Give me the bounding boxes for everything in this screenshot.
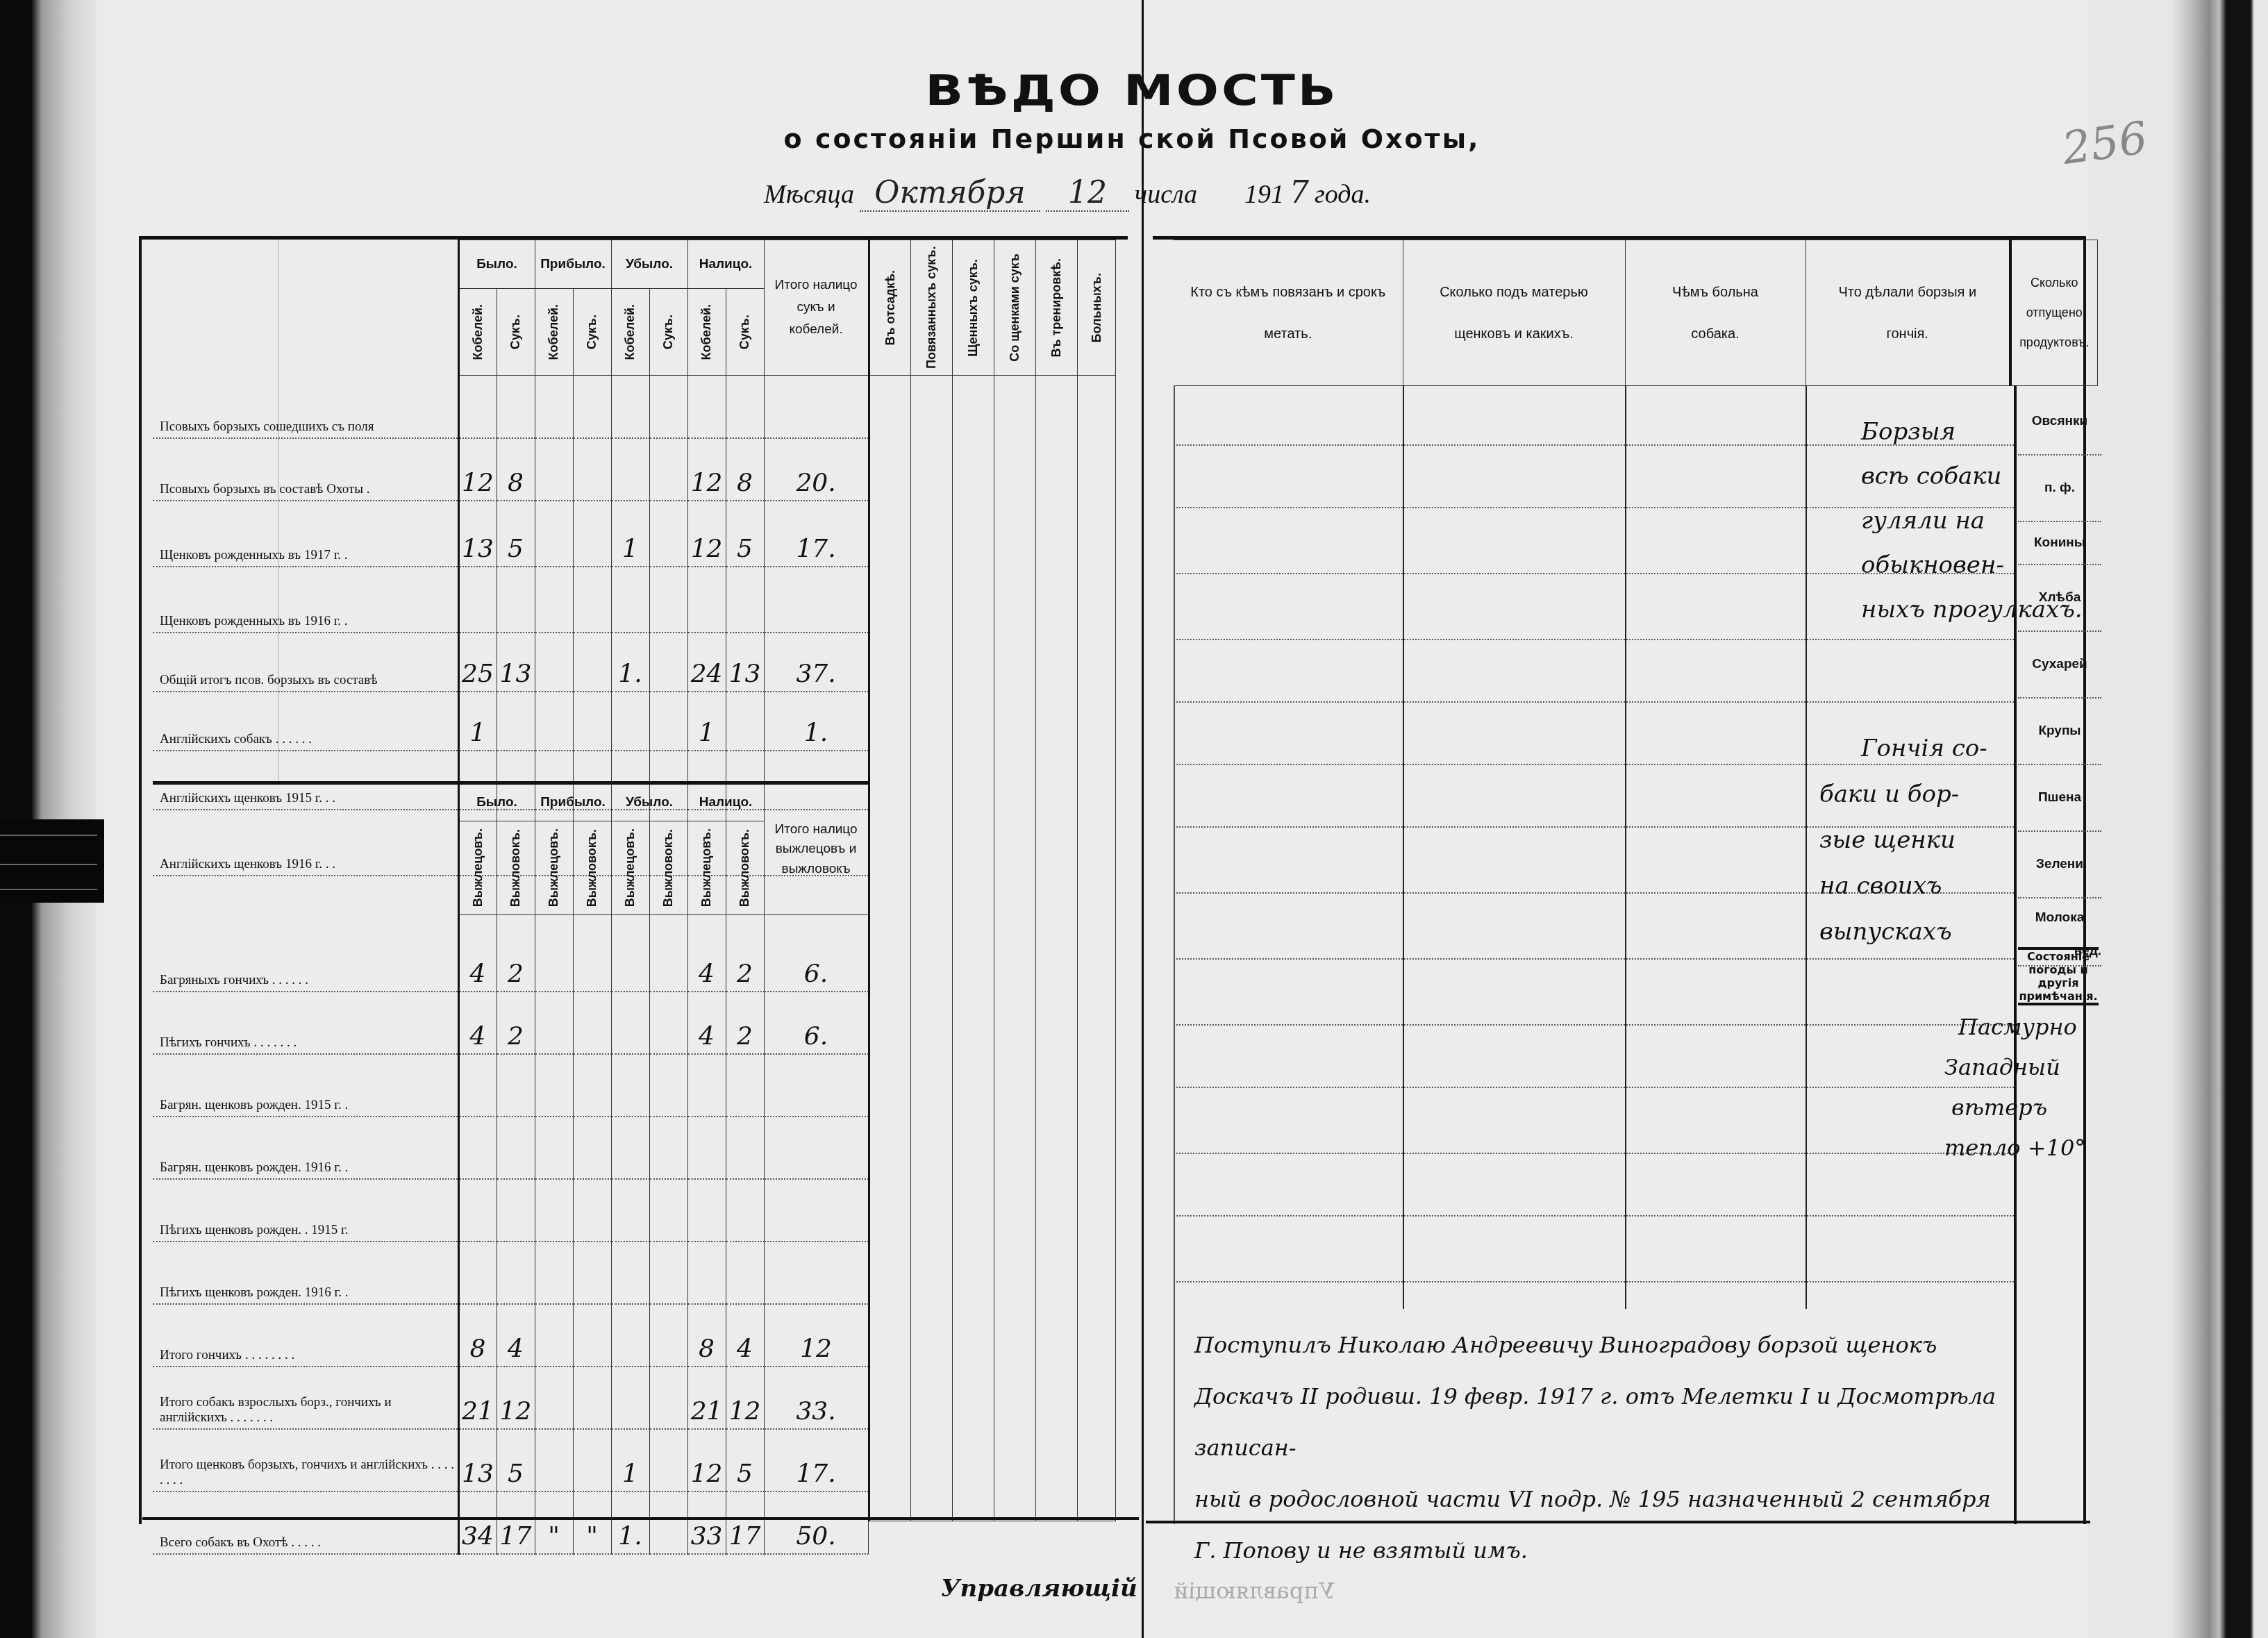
count-cell	[535, 1179, 573, 1242]
count-cell: 4	[497, 1304, 535, 1367]
count-cell: 13	[458, 501, 497, 567]
count-cell: 21	[687, 1367, 726, 1429]
count-cell	[726, 567, 764, 633]
row-label: Багрян. щенковъ рожден. 1915 г. .	[153, 1054, 458, 1117]
book-binding-right	[2087, 0, 2268, 1638]
count-cell	[611, 992, 649, 1054]
count-cell: 12	[687, 501, 726, 567]
header-skolko-pod-materyu: Сколько подъ матерью щенковъ и какихъ.	[1403, 240, 1625, 386]
product-moloka: Молока	[2018, 899, 2101, 937]
row-label: Багряныхъ гончихъ . . . . . .	[153, 915, 458, 992]
subheader: Кобелей.	[547, 304, 561, 360]
subheader: Сукъ.	[508, 315, 523, 349]
header-v-otsadke: Въ отсадкѣ.	[883, 270, 898, 346]
header-ubylo: Убыло.	[611, 240, 687, 289]
row-label: Щенковъ рожденныхъ въ 1916 г. .	[153, 567, 458, 633]
total-cell: 37.	[764, 633, 868, 692]
count-cell	[535, 992, 573, 1054]
count-cell	[649, 1054, 687, 1117]
ruled-line	[1174, 1153, 2014, 1154]
header-povyazannykh: Повязанныхъ сукъ.	[924, 245, 939, 370]
count-cell	[611, 567, 649, 633]
total-cell: 1.	[764, 692, 868, 751]
day-label: числа	[1135, 179, 1197, 210]
table-row: Багрян. щенковъ рожден. 1916 г. .	[153, 1117, 868, 1179]
header-so-shchenkami: Со щенками сукъ	[1008, 253, 1022, 362]
row-label: Общій итогъ псов. борзыхъ въ составѣ	[153, 633, 458, 692]
page-gutter	[1142, 0, 1144, 1638]
count-cell	[458, 567, 497, 633]
count-cell: 1	[687, 692, 726, 751]
count-cell	[535, 376, 573, 438]
count-cell	[458, 1242, 497, 1304]
count-cell	[726, 692, 764, 751]
count-cell: 34	[458, 1491, 497, 1554]
count-cell	[649, 992, 687, 1054]
row-label: Англійскихъ собакъ . . . . . .	[153, 692, 458, 751]
subheader: Выжловокъ.	[737, 829, 752, 907]
product-zeleni: Зелени	[2018, 832, 2101, 899]
count-cell	[649, 692, 687, 751]
row-label-header-blank	[153, 783, 458, 915]
count-cell	[573, 1367, 611, 1429]
subheader: Кобелей.	[471, 304, 485, 360]
count-cell	[497, 1054, 535, 1117]
count-cell	[649, 1304, 687, 1367]
product-khleba: Хлѣба	[2018, 565, 2101, 632]
count-cell	[573, 1429, 611, 1491]
header-bylo: Было.	[458, 240, 535, 289]
count-cell: 13	[726, 633, 764, 692]
ruled-line	[1174, 639, 2014, 640]
count-cell: 8	[497, 438, 535, 501]
count-cell: 8	[726, 438, 764, 501]
total-cell: 50.	[764, 1491, 868, 1554]
subheader: Сукъ.	[585, 315, 599, 349]
count-cell	[573, 633, 611, 692]
column-divider	[1174, 385, 1175, 1524]
count-cell	[611, 915, 649, 992]
year-prefix: 191	[1244, 179, 1284, 210]
count-cell	[649, 376, 687, 438]
row-label: Псовыхъ борзыхъ сошедшихъ съ поля	[153, 376, 458, 438]
col-shchennykh	[953, 376, 994, 1521]
header-kto-s-kem: Кто съ кѣмъ повязанъ и срокъ метать.	[1174, 240, 1403, 386]
count-cell: 1	[611, 501, 649, 567]
row-label: Псовыхъ борзыхъ въ составѣ Охоты .	[153, 438, 458, 501]
activity-note-hounds: Гончія со- баки и бор- зые щенки на свои…	[1819, 726, 1987, 955]
hound-table: Было. Прибыло. Убыло. Налицо. Итого нали…	[153, 781, 869, 1555]
total-cell: 6.	[764, 915, 868, 992]
subheader: Выжлецовъ.	[699, 828, 714, 907]
month-value: Октября	[860, 175, 1040, 212]
count-cell: 5	[726, 501, 764, 567]
subheader: Кобелей.	[699, 304, 714, 360]
count-cell	[611, 1054, 649, 1117]
total-cell: 20.	[764, 438, 868, 501]
bottom-border-right	[1146, 1521, 2090, 1523]
table-row: Псовыхъ борзыхъ въ составѣ Охоты .128128…	[153, 438, 868, 501]
table-row: Щенковъ рожденныхъ въ 1917 г. .135112517…	[153, 501, 868, 567]
count-cell	[497, 1179, 535, 1242]
bottom-note: Поступилъ Николаю Андреевичу Виноградову…	[1194, 1319, 2083, 1576]
count-cell	[573, 1242, 611, 1304]
count-cell	[573, 915, 611, 992]
count-cell	[611, 1179, 649, 1242]
table-row: Всего собакъ въ Охотѣ . . . . .3417""1.3…	[153, 1491, 868, 1554]
col-bolnykh	[1078, 376, 1116, 1521]
total-cell: 6.	[764, 992, 868, 1054]
col-so-shchenkami	[994, 376, 1036, 1521]
header-nalitso: Налицо.	[687, 783, 764, 821]
table-row: Итого щенковъ борзыхъ, гончихъ и англійс…	[153, 1429, 868, 1491]
count-cell	[649, 1429, 687, 1491]
table-row: Псовыхъ борзыхъ сошедшихъ съ поля	[153, 376, 868, 438]
column-divider	[1403, 385, 1404, 1309]
count-cell	[649, 633, 687, 692]
header-nalitso: Налицо.	[687, 240, 764, 289]
total-cell	[764, 1117, 868, 1179]
count-cell	[535, 915, 573, 992]
count-cell	[458, 1117, 497, 1179]
count-cell: 2	[497, 915, 535, 992]
total-cell	[764, 1242, 868, 1304]
count-cell	[649, 438, 687, 501]
count-cell	[687, 1117, 726, 1179]
total-cell: 12	[764, 1304, 868, 1367]
row-label: Багрян. щенковъ рожден. 1916 г. .	[153, 1117, 458, 1179]
count-cell	[573, 376, 611, 438]
subheader: Выжловокъ.	[661, 829, 676, 907]
count-cell	[649, 1367, 687, 1429]
header-shchennykh: Щенныхъ сукъ.	[966, 259, 981, 357]
subheader: Выжловокъ.	[508, 829, 523, 907]
count-cell	[458, 1054, 497, 1117]
count-cell	[611, 1367, 649, 1429]
document-subtitle: о состояніи Першин ской Псовой Охоты,	[583, 124, 1681, 154]
count-cell	[535, 1367, 573, 1429]
total-cell: 17.	[764, 501, 868, 567]
total-cell: 17.	[764, 1429, 868, 1491]
ruled-line	[1174, 1281, 2014, 1282]
table-row: Итого гончихъ . . . . . . . .848412	[153, 1304, 868, 1367]
count-cell	[611, 692, 649, 751]
count-cell	[573, 438, 611, 501]
count-cell: 12	[687, 438, 726, 501]
count-cell: 5	[497, 1429, 535, 1491]
row-label: Щенковъ рожденныхъ въ 1917 г. .	[153, 501, 458, 567]
count-cell: 8	[687, 1304, 726, 1367]
document-title: ВѢДО МОСТЬ	[819, 65, 1444, 115]
footer-signature-label: Управляющій	[941, 1575, 1137, 1603]
count-cell	[649, 1117, 687, 1179]
column-divider	[1625, 385, 1626, 1309]
row-label: Всего собакъ въ Охотѣ . . . . .	[153, 1491, 458, 1554]
count-cell	[611, 376, 649, 438]
subheader: Выжлецовъ.	[547, 828, 561, 907]
count-cell: 24	[687, 633, 726, 692]
count-cell: 4	[687, 992, 726, 1054]
count-cell: 5	[497, 501, 535, 567]
right-page-table: Кто съ кѣмъ повязанъ и срокъ метать. Ско…	[1174, 240, 2098, 386]
count-cell	[649, 501, 687, 567]
count-cell	[497, 567, 535, 633]
count-cell	[535, 501, 573, 567]
subheader: Сукъ.	[661, 315, 676, 349]
count-cell	[535, 633, 573, 692]
count-cell	[649, 1242, 687, 1304]
column-divider	[1806, 385, 1807, 1309]
row-label: Итого гончихъ . . . . . . . .	[153, 1304, 458, 1367]
weather-note: Пасмурно Западный вѣтеръ тепло +10°	[1944, 1007, 2085, 1168]
header-chto-delali: Что дѣлали борзыя и гончія.	[1806, 240, 2010, 386]
count-cell: 17	[726, 1491, 764, 1554]
count-cell	[535, 1117, 573, 1179]
header-chem-bolna: Чѣмъ больна собака.	[1625, 240, 1806, 386]
count-cell	[497, 1117, 535, 1179]
count-cell: 4	[458, 915, 497, 992]
table-row: Итого собакъ взрослыхъ борз., гончихъ и …	[153, 1367, 868, 1429]
count-cell	[573, 1054, 611, 1117]
count-cell: 1.	[611, 1491, 649, 1554]
count-cell	[611, 1304, 649, 1367]
row-label: Пѣгихъ гончихъ . . . . . . .	[153, 992, 458, 1054]
header-ubylo: Убыло.	[611, 783, 687, 821]
count-cell: 4	[687, 915, 726, 992]
count-cell	[611, 1117, 649, 1179]
status-columns-table: Въ отсадкѣ. Повязанныхъ сукъ. Щенныхъ су…	[868, 240, 1116, 1521]
header-v-trenirovke: Въ тренировкѣ.	[1049, 258, 1064, 358]
count-cell: 25	[458, 633, 497, 692]
subheader: Кобелей.	[623, 304, 637, 360]
count-cell	[573, 1304, 611, 1367]
day-value: 12	[1046, 175, 1129, 212]
count-cell: 5	[726, 1429, 764, 1491]
header-bylo: Было.	[458, 783, 535, 821]
bottom-border-left	[142, 1517, 1139, 1520]
count-cell	[726, 1117, 764, 1179]
count-cell	[535, 1429, 573, 1491]
count-cell: 21	[458, 1367, 497, 1429]
count-cell: 33	[687, 1491, 726, 1554]
count-cell: 12	[687, 1429, 726, 1491]
count-cell	[458, 376, 497, 438]
table-row: Англійскихъ собакъ . . . . . .111.	[153, 692, 868, 751]
count-cell	[573, 1117, 611, 1179]
count-cell	[573, 501, 611, 567]
total-cell	[764, 376, 868, 438]
count-cell	[649, 567, 687, 633]
product-krupy: Крупы	[2018, 699, 2101, 765]
table-row: Багрян. щенковъ рожден. 1915 г. .	[153, 1054, 868, 1117]
count-cell	[573, 567, 611, 633]
count-cell	[649, 1491, 687, 1554]
subheader: Выжловокъ.	[585, 829, 599, 907]
subheader: Сукъ.	[737, 315, 752, 349]
count-cell	[687, 1242, 726, 1304]
product-unit: п. ф.	[2018, 456, 2101, 522]
count-cell: 2	[726, 992, 764, 1054]
count-cell: 4	[458, 992, 497, 1054]
count-cell: 17	[497, 1491, 535, 1554]
table-row: Пѣгихъ щенковъ рожден. . 1915 г.	[153, 1179, 868, 1242]
product-pshena: Пшена	[2018, 765, 2101, 832]
table-row: Щенковъ рожденныхъ въ 1916 г. .	[153, 567, 868, 633]
table-row: Багряныхъ гончихъ . . . . . .42426.	[153, 915, 868, 992]
product-sukharei: Сухарей	[2018, 632, 2101, 699]
products-list: Овсянки п. ф. Конины Хлѣба Сухарей Крупы…	[2018, 389, 2101, 967]
total-cell	[764, 1054, 868, 1117]
table-row: Пѣгихъ гончихъ . . . . . . .42426.	[153, 992, 868, 1054]
header-total: Итого налицо сукъ и кобелей.	[764, 240, 868, 376]
count-cell	[497, 376, 535, 438]
count-cell	[687, 567, 726, 633]
count-cell	[535, 692, 573, 751]
count-cell	[535, 1304, 573, 1367]
total-cell	[764, 567, 868, 633]
count-cell	[726, 1054, 764, 1117]
count-cell	[458, 1179, 497, 1242]
ruled-line	[1174, 1087, 2014, 1088]
footer-showthrough: Управляющій	[1174, 1578, 1335, 1604]
count-cell: 13	[458, 1429, 497, 1491]
col-v-trenirovke	[1036, 376, 1078, 1521]
year-value: 7	[1290, 175, 1309, 210]
count-cell	[497, 692, 535, 751]
row-label: Итого собакъ взрослыхъ борз., гончихъ и …	[153, 1367, 458, 1429]
product-koniny: Конины	[2018, 522, 2101, 565]
row-label: Пѣгихъ щенковъ рожден. . 1915 г.	[153, 1179, 458, 1242]
ruled-line	[1174, 1024, 2014, 1026]
count-cell	[649, 1179, 687, 1242]
count-cell: 12	[497, 1367, 535, 1429]
count-cell: 12	[458, 438, 497, 501]
product-ovsyanki: Овсянки	[2018, 389, 2101, 456]
count-cell	[535, 1054, 573, 1117]
count-cell	[497, 1242, 535, 1304]
count-cell	[687, 376, 726, 438]
year-label: года.	[1315, 179, 1371, 210]
count-cell	[573, 992, 611, 1054]
count-cell	[535, 1242, 573, 1304]
header-total: Итого налицо выжлецовъ и выжловокъ	[764, 783, 868, 915]
header-pribylo: Прибыло.	[535, 240, 611, 289]
count-cell: "	[535, 1491, 573, 1554]
row-label-header-blank	[153, 240, 458, 376]
header-bolnykh: Больныхъ.	[1090, 273, 1104, 342]
count-cell	[611, 1242, 649, 1304]
count-cell	[573, 692, 611, 751]
dateline: Мѣсяца Октября 12 числа 1917 года.	[764, 175, 1528, 212]
count-cell: 2	[497, 992, 535, 1054]
ruled-line	[1174, 1215, 2014, 1217]
month-label: Мѣсяца	[764, 179, 854, 210]
row-label: Итого щенковъ борзыхъ, гончихъ и англійс…	[153, 1429, 458, 1491]
count-cell: 1.	[611, 633, 649, 692]
header-produkty: Сколько отпущено продуктовъ.	[2010, 240, 2097, 386]
count-cell	[687, 1054, 726, 1117]
row-label: Пѣгихъ щенковъ рожден. 1916 г. .	[153, 1242, 458, 1304]
col-povyazannykh	[911, 376, 953, 1521]
count-cell: 2	[726, 915, 764, 992]
count-cell	[649, 915, 687, 992]
table-row: Пѣгихъ щенковъ рожден. 1916 г. .	[153, 1242, 868, 1304]
count-cell: 4	[726, 1304, 764, 1367]
count-cell: 1	[611, 1429, 649, 1491]
count-cell: 8	[458, 1304, 497, 1367]
count-cell	[726, 376, 764, 438]
total-cell	[764, 1179, 868, 1242]
count-cell: 13	[497, 633, 535, 692]
count-cell	[535, 438, 573, 501]
col-v-otsadke	[869, 376, 911, 1521]
weather-header: Состояніе погоды и другія примѣчанія.	[2018, 947, 2099, 1005]
ruled-line	[1174, 958, 2014, 960]
count-cell	[573, 1179, 611, 1242]
count-cell: "	[573, 1491, 611, 1554]
subheader: Выжлецовъ.	[471, 828, 485, 907]
count-cell: 12	[726, 1367, 764, 1429]
table-row: Общій итогъ псов. борзыхъ въ составѣ2513…	[153, 633, 868, 692]
subheader: Выжлецовъ.	[623, 828, 637, 907]
count-cell: 1	[458, 692, 497, 751]
count-cell	[535, 567, 573, 633]
ruled-line	[1174, 701, 2014, 703]
count-cell	[687, 1179, 726, 1242]
total-cell: 33.	[764, 1367, 868, 1429]
count-cell	[726, 1242, 764, 1304]
count-cell	[611, 438, 649, 501]
count-cell	[726, 1179, 764, 1242]
header-pribylo: Прибыло.	[535, 783, 611, 821]
